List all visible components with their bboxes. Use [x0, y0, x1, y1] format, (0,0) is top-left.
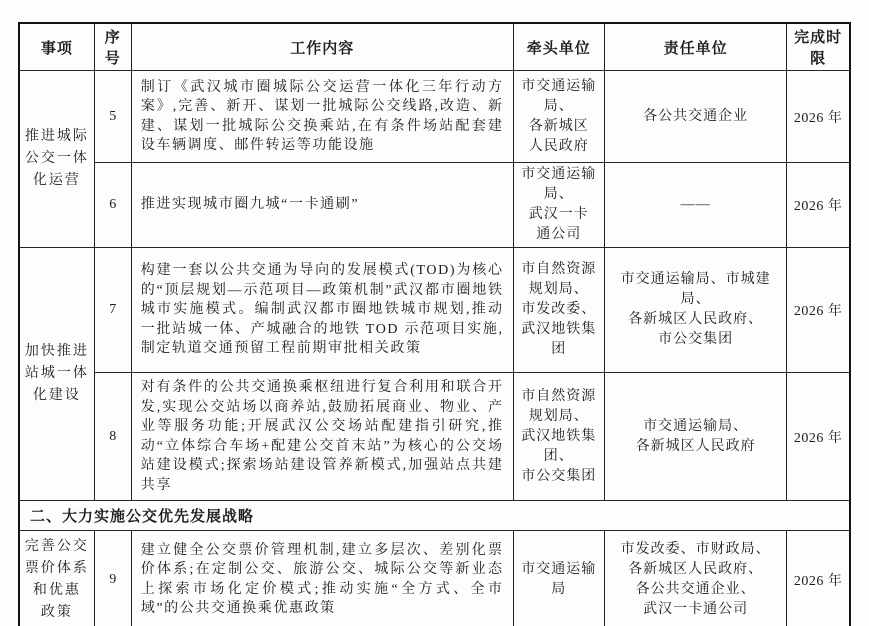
responsible-unit-cell: —— [604, 163, 786, 248]
deadline-cell: 2026 年 [787, 531, 850, 626]
number-cell: 7 [94, 248, 131, 373]
item-cell: 完善公交 票价体系 和优惠 政策 [19, 531, 94, 626]
column-header-item: 事项 [19, 23, 94, 71]
table-row: 6 推进实现城市圈九城“一卡通刷” 市交通运输局、 武汉一卡 通公司 —— 20… [19, 163, 850, 248]
section-header-row: 二、大力实施公交优先发展战略 [19, 501, 850, 531]
lead-unit-cell: 市交通运输局 [513, 531, 604, 626]
column-header-lead-unit: 牵头单位 [513, 23, 604, 71]
number-cell: 8 [94, 373, 131, 501]
work-content-cell: 制订《武汉城市圈城际公交运营一体化三年行动方案》,完善、新开、谋划一批城际公交线… [131, 71, 513, 163]
item-cell: 推进城际 公交一体 化运营 [19, 71, 94, 248]
deadline-cell: 2026 年 [787, 248, 850, 373]
responsible-unit-cell: 市交通运输局、市城建局、 各新城区人民政府、 市公交集团 [604, 248, 786, 373]
column-header-work-content: 工作内容 [131, 23, 513, 71]
responsible-unit-cell: 市发改委、市财政局、 各新城区人民政府、 各公共交通企业、 武汉一卡通公司 [604, 531, 786, 626]
lead-unit-cell: 市交通运输局、 武汉一卡 通公司 [513, 163, 604, 248]
table-row: 完善公交 票价体系 和优惠 政策 9 建立健全公交票价管理机制,建立多层次、差别… [19, 531, 850, 626]
work-content-cell: 构建一套以公共交通为导向的发展模式(TOD)为核心的“顶层规划—示范项目—政策机… [131, 248, 513, 373]
responsible-unit-cell: 市交通运输局、 各新城区人民政府 [604, 373, 786, 501]
section-header-title: 二、大力实施公交优先发展战略 [19, 501, 850, 531]
work-plan-table: 事项 序号 工作内容 牵头单位 责任单位 完成时限 推进城际 公交一体 化运营 … [18, 22, 851, 626]
work-content-cell: 建立健全公交票价管理机制,建立多层次、差别化票价体系;在定制公交、旅游公交、城际… [131, 531, 513, 626]
document-page: 事项 序号 工作内容 牵头单位 责任单位 完成时限 推进城际 公交一体 化运营 … [0, 0, 869, 626]
work-content-cell: 对有条件的公共交通换乘枢纽进行复合利用和联合开发,实现公交站场以商养站,鼓励拓展… [131, 373, 513, 501]
table-row: 8 对有条件的公共交通换乘枢纽进行复合利用和联合开发,实现公交站场以商养站,鼓励… [19, 373, 850, 501]
lead-unit-cell: 市交通运输局、 各新城区 人民政府 [513, 71, 604, 163]
table-row: 加快推进 站城一体 化建设 7 构建一套以公共交通为导向的发展模式(TOD)为核… [19, 248, 850, 373]
deadline-cell: 2026 年 [787, 71, 850, 163]
lead-unit-cell: 市自然资源 规划局、 武汉地铁集团、 市公交集团 [513, 373, 604, 501]
responsible-unit-cell: 各公共交通企业 [604, 71, 786, 163]
column-header-deadline: 完成时限 [787, 23, 850, 71]
number-cell: 5 [94, 71, 131, 163]
lead-unit-cell: 市自然资源 规划局、 市发改委、 武汉地铁集团 [513, 248, 604, 373]
deadline-cell: 2026 年 [787, 373, 850, 501]
number-cell: 9 [94, 531, 131, 626]
column-header-responsible-unit: 责任单位 [604, 23, 786, 71]
work-content-cell: 推进实现城市圈九城“一卡通刷” [131, 163, 513, 248]
table-header-row: 事项 序号 工作内容 牵头单位 责任单位 完成时限 [19, 23, 850, 71]
number-cell: 6 [94, 163, 131, 248]
table-row: 推进城际 公交一体 化运营 5 制订《武汉城市圈城际公交运营一体化三年行动方案》… [19, 71, 850, 163]
deadline-cell: 2026 年 [787, 163, 850, 248]
column-header-number: 序号 [94, 23, 131, 71]
item-cell: 加快推进 站城一体 化建设 [19, 248, 94, 501]
